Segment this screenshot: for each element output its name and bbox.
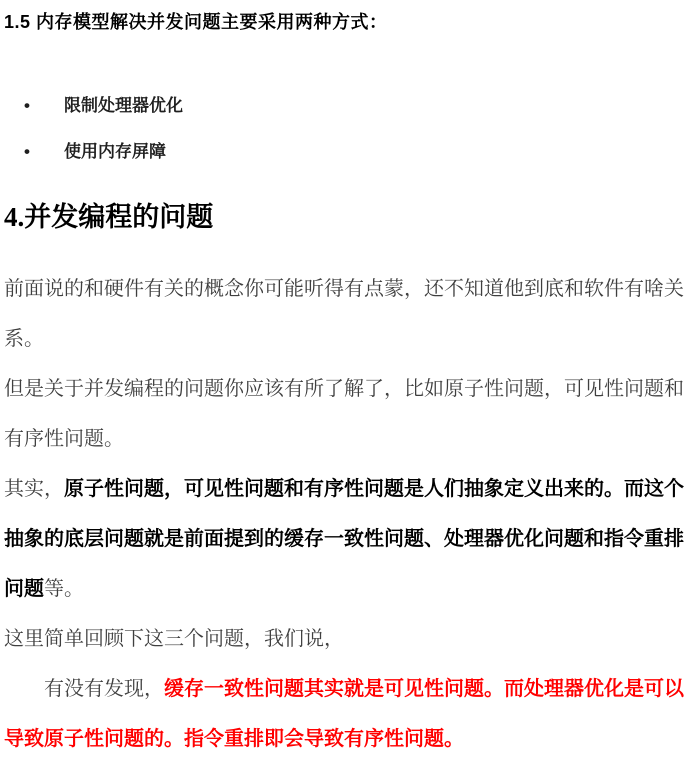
paragraph-abstraction: 其实，原子性问题，可见性问题和有序性问题是人们抽象定义出来的。而这个抽象的底层问…: [4, 464, 684, 614]
paragraph-intro: 前面说的和硬件有关的概念你可能听得有点蒙，还不知道他到底和软件有啥关系。: [4, 264, 684, 364]
paragraph-abstraction-prefix: 其实，: [4, 478, 64, 500]
list-item: •限制处理器优化: [4, 95, 684, 117]
bullet-icon: •: [24, 141, 64, 163]
paragraph-abstraction-bold: 原子性问题，可见性问题和有序性问题是人们抽象定义出来的。而这个抽象的底层问题就是…: [4, 478, 684, 600]
paragraph-review: 这里简单回顾下这三个问题，我们说，: [4, 614, 684, 664]
bullet-icon: •: [24, 95, 64, 117]
paragraph-problems-overview: 但是关于并发编程的问题你应该有所了解了，比如原子性问题，可见性问题和有序性问题。: [4, 364, 684, 464]
bullet-item-label: 限制处理器优化: [64, 96, 183, 115]
paragraph-conclusion: 有没有发现，缓存一致性问题其实就是可见性问题。而处理器优化是可以导致原子性问题的…: [4, 664, 684, 758]
paragraph-conclusion-prefix: 有没有发现，: [44, 678, 164, 700]
article-body: 前面说的和硬件有关的概念你可能听得有点蒙，还不知道他到底和软件有啥关系。 但是关…: [4, 264, 684, 758]
bullet-item-label: 使用内存屏障: [64, 142, 166, 161]
paragraph-abstraction-suffix: 等。: [44, 578, 84, 600]
list-item: •使用内存屏障: [4, 141, 684, 163]
section-heading: 1.5 内存模型解决并发问题主要采用两种方式：: [4, 0, 684, 33]
bullet-list: •限制处理器优化 •使用内存屏障: [4, 95, 684, 163]
chapter-heading: 4.并发编程的问题: [4, 201, 684, 234]
